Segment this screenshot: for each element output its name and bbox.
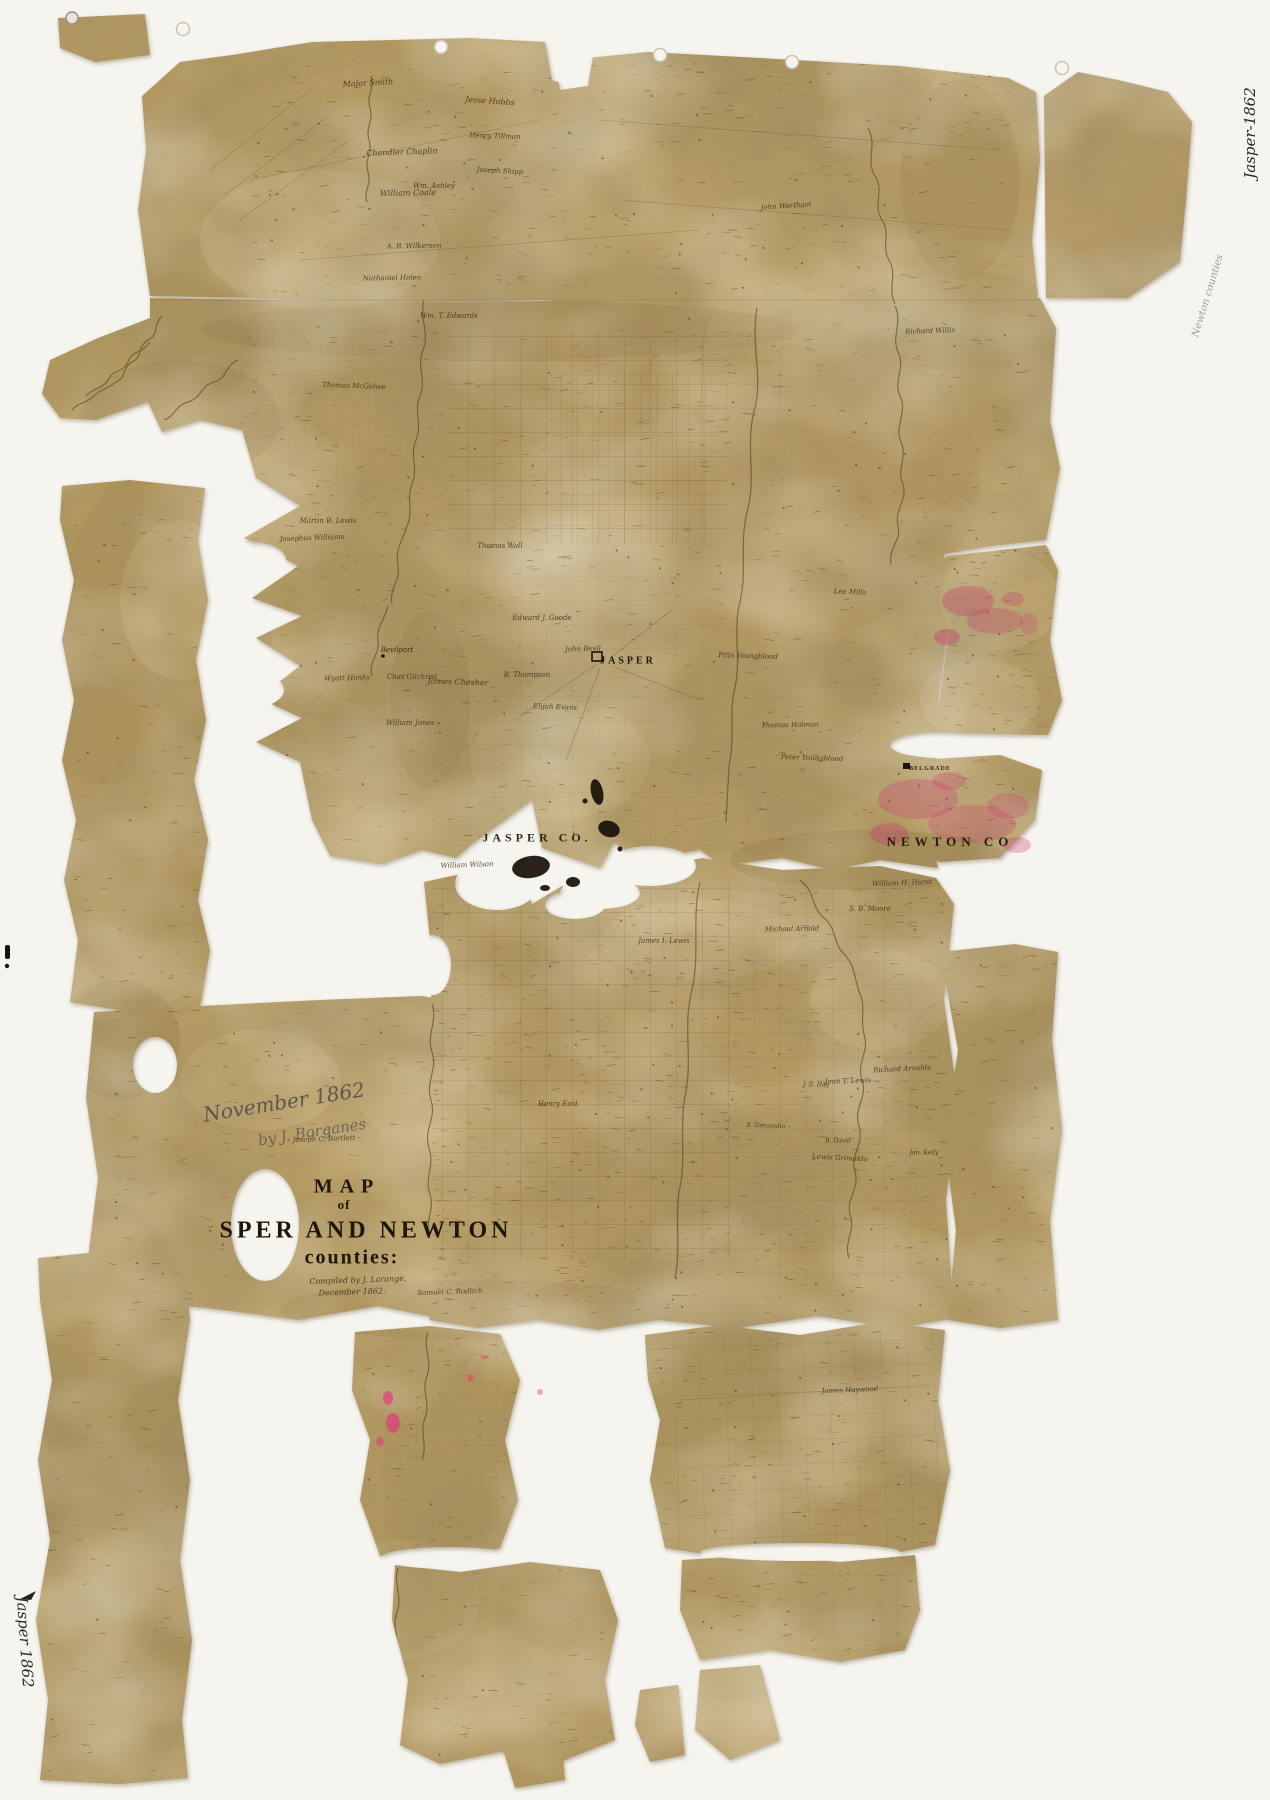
town-symbol-bevilport [381, 654, 385, 658]
map-sheet [0, 0, 1270, 1800]
town-symbol-belgrade [903, 763, 910, 769]
scanned-map-jasper-newton-1862: MAP of SPER AND NEWTON counties: Compile… [0, 0, 1270, 1800]
map-artwork [0, 0, 1270, 1800]
